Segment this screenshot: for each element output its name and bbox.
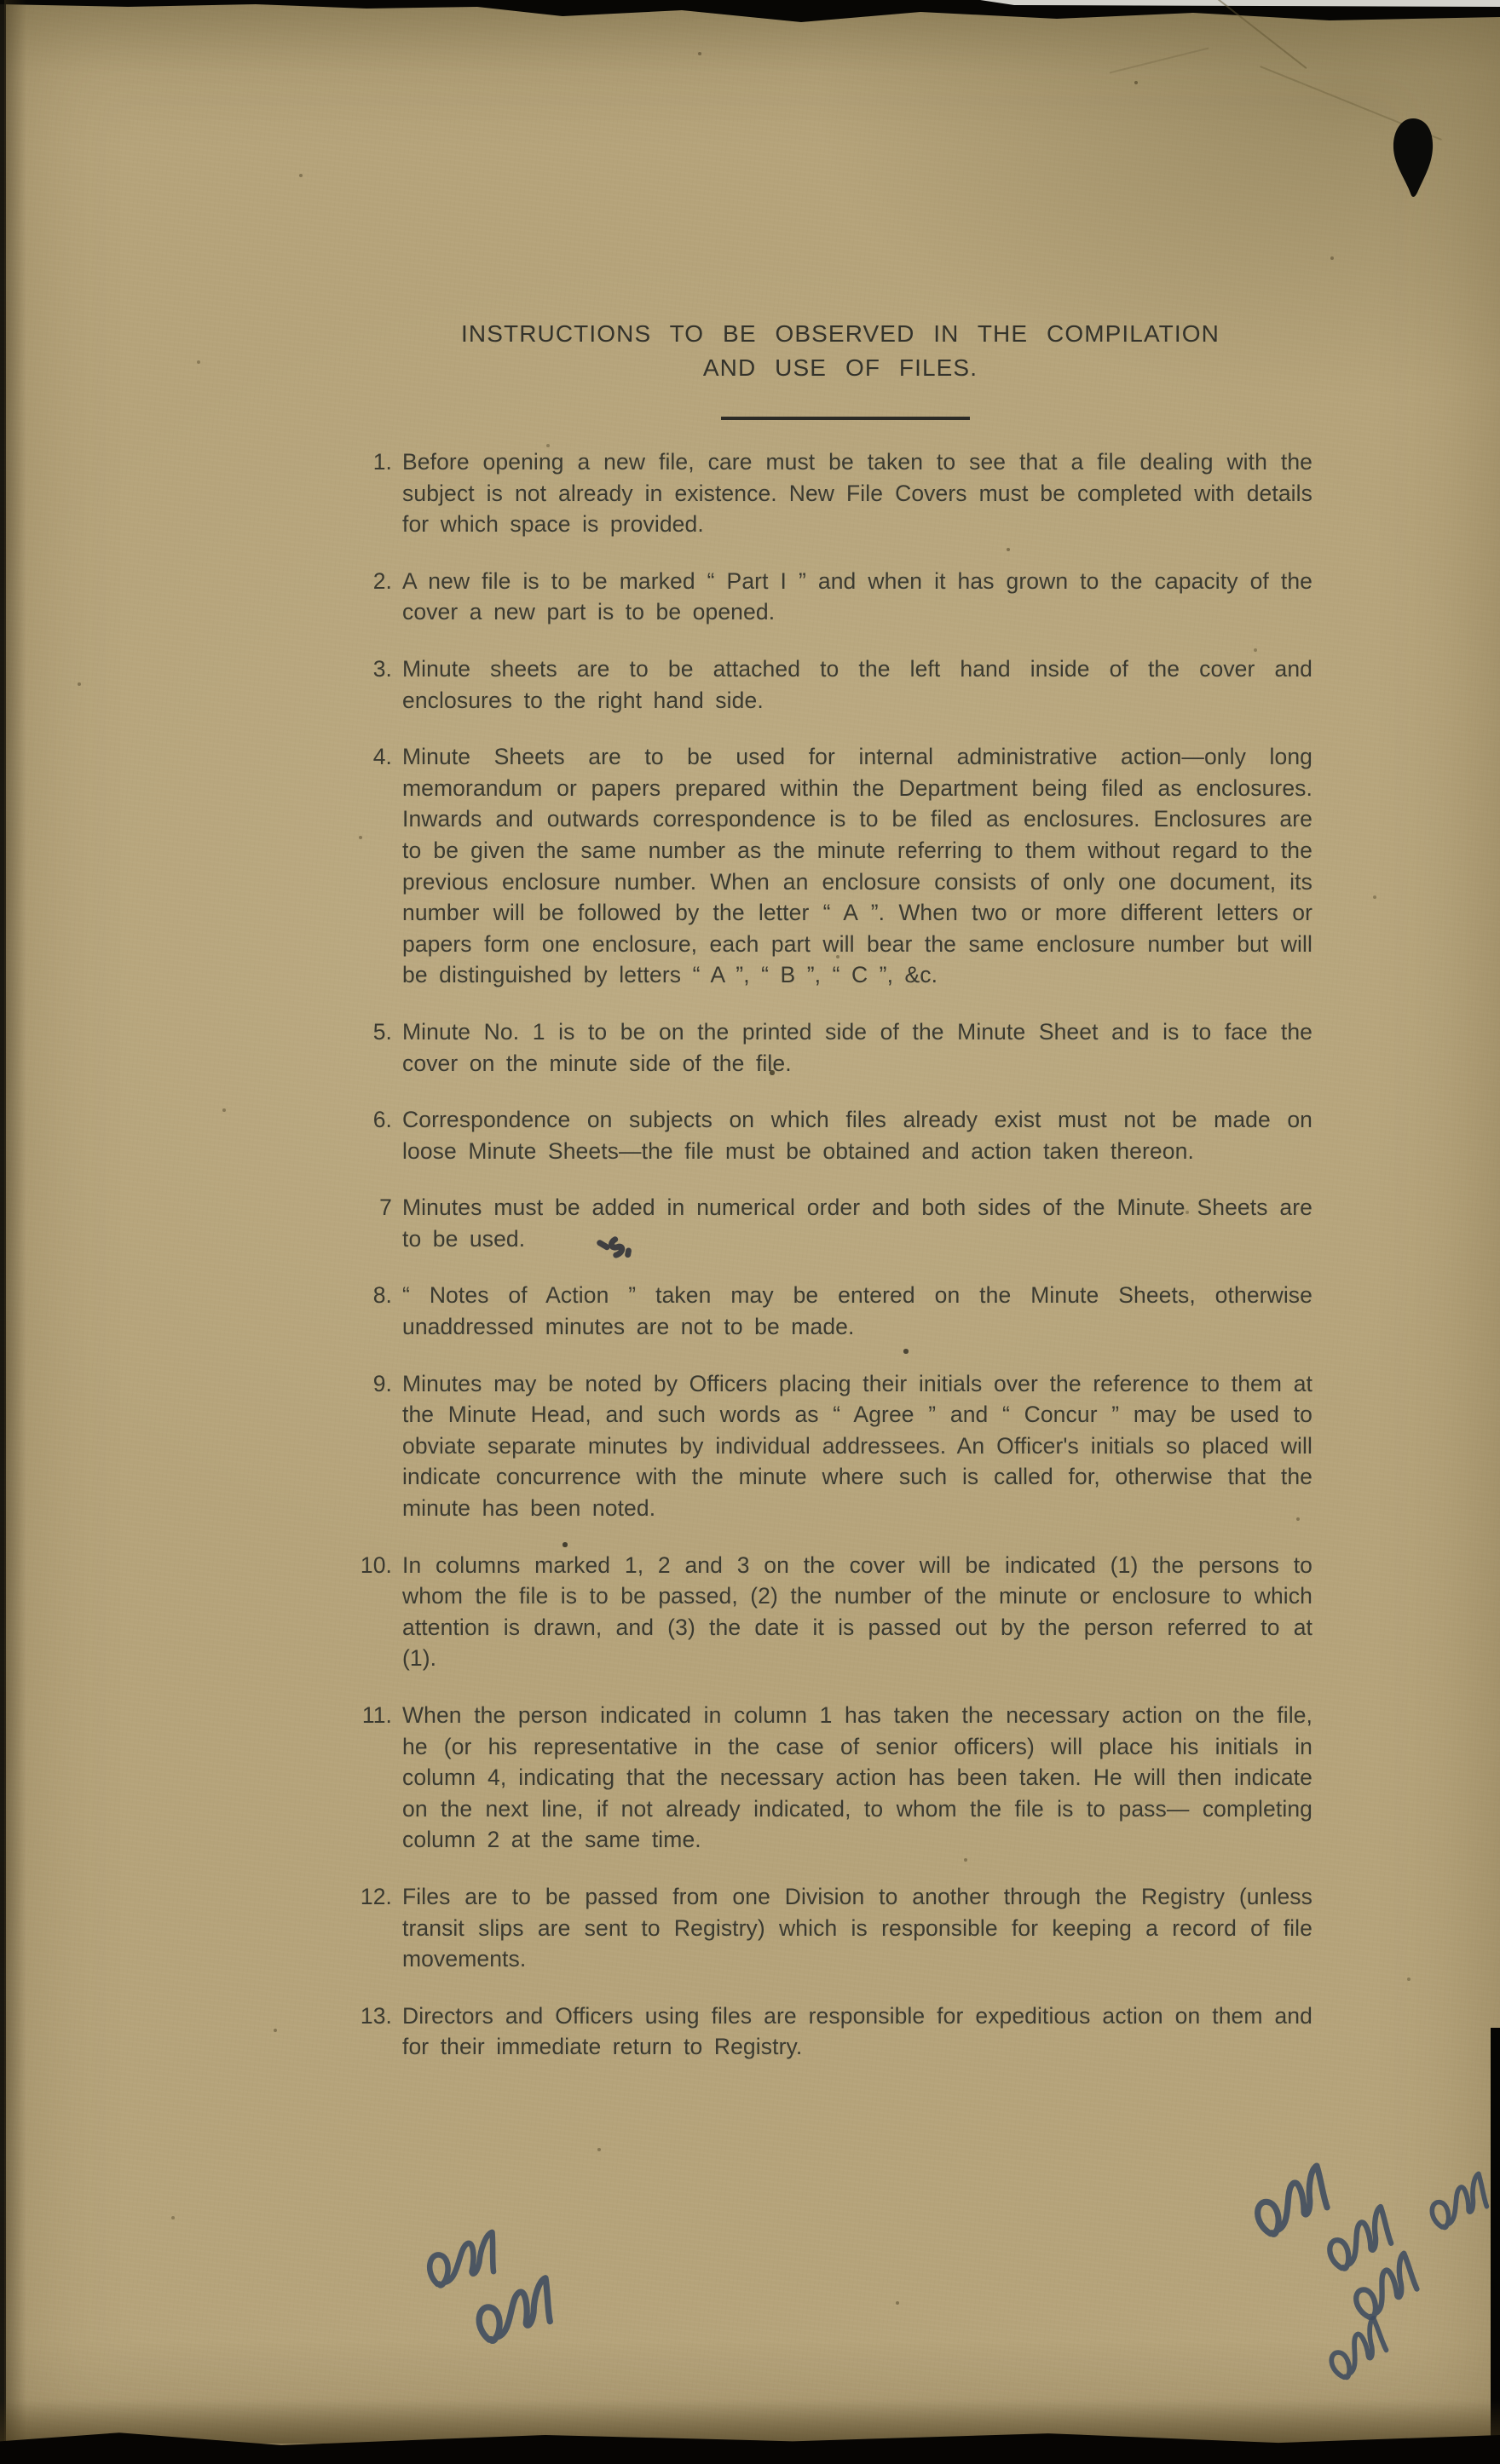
instruction-item: 9. Minutes may be noted by Officers plac… [402, 1368, 1312, 1524]
instruction-item: 10. In columns marked 1, 2 and 3 on the … [402, 1550, 1312, 1674]
instruction-item: 5. Minute No. 1 is to be on the printed … [402, 1016, 1312, 1079]
item-text: Minutes may be noted by Officers placing… [402, 1371, 1312, 1521]
item-text: When the person indicated in column 1 ha… [402, 1702, 1312, 1852]
instruction-item: 6. Correspondence on subjects on which f… [402, 1104, 1312, 1166]
item-number: 6. [353, 1104, 392, 1136]
instruction-item: 2. A new file is to be marked “ Part I ”… [402, 566, 1312, 628]
item-text: Correspondence on subjects on which file… [402, 1107, 1312, 1164]
item-number: 2. [353, 566, 392, 597]
item-text: Before opening a new file, care must be … [402, 449, 1312, 537]
paper-crease [1110, 48, 1209, 74]
instruction-item: 13. Directors and Officers using files a… [402, 2001, 1312, 2063]
title-line-2: AND USE OF FILES. [366, 351, 1314, 385]
document-page: INSTRUCTIONS TO BE OBSERVED IN THE COMPI… [0, 0, 1500, 2464]
instruction-item: 12. Files are to be passed from one Divi… [402, 1881, 1312, 1975]
instruction-item: 8. “ Notes of Action ” taken may be ente… [402, 1280, 1312, 1342]
title-divider-rule [721, 417, 970, 420]
item-number: 9. [353, 1368, 392, 1400]
item-number: 8. [353, 1280, 392, 1311]
instruction-item: 3. Minute sheets are to be attached to t… [402, 653, 1312, 716]
instruction-item: 7 Minutes must be added in numerical ord… [402, 1192, 1312, 1254]
item-text: “ Notes of Action ” taken may be entered… [402, 1282, 1312, 1339]
item-text: Directors and Officers using files are r… [402, 2003, 1312, 2060]
instruction-item: 4. Minute Sheets are to be used for inte… [402, 741, 1312, 991]
item-number: 7 [353, 1192, 392, 1223]
item-text: Minute No. 1 is to be on the printed sid… [402, 1019, 1312, 1076]
item-number: 5. [353, 1016, 392, 1048]
document-title: INSTRUCTIONS TO BE OBSERVED IN THE COMPI… [366, 317, 1314, 385]
instruction-list: 1. Before opening a new file, care must … [402, 446, 1312, 2088]
paper-specks [0, 0, 2, 2]
scan-edge-left-shadow [4, 0, 26, 2464]
item-text: Files are to be passed from one Division… [402, 1884, 1312, 1972]
item-number: 3. [353, 653, 392, 685]
item-number: 13. [353, 2001, 392, 2032]
item-number: 11. [353, 1700, 392, 1731]
item-text: In columns marked 1, 2 and 3 on the cove… [402, 1552, 1312, 1672]
handwritten-initials [1313, 2305, 1410, 2393]
item-text: Minute Sheets are to be used for interna… [402, 744, 1312, 987]
item-number: 1. [353, 446, 392, 478]
handwritten-initials [1415, 2162, 1500, 2242]
item-text: A new file is to be marked “ Part I ” an… [402, 568, 1312, 625]
scan-edge-bottom-shadow [0, 2399, 1500, 2444]
title-line-1: INSTRUCTIONS TO BE OBSERVED IN THE COMPI… [366, 317, 1314, 351]
item-number: 4. [353, 741, 392, 773]
item-text: Minute sheets are to be attached to the … [402, 656, 1312, 713]
item-number: 10. [353, 1550, 392, 1581]
item-number: 12. [353, 1881, 392, 1913]
item-text: Minutes must be added in numerical order… [402, 1195, 1312, 1252]
instruction-item: 1. Before opening a new file, care must … [402, 446, 1312, 540]
instruction-item: 11. When the person indicated in column … [402, 1700, 1312, 1856]
punch-hole [1391, 118, 1435, 199]
